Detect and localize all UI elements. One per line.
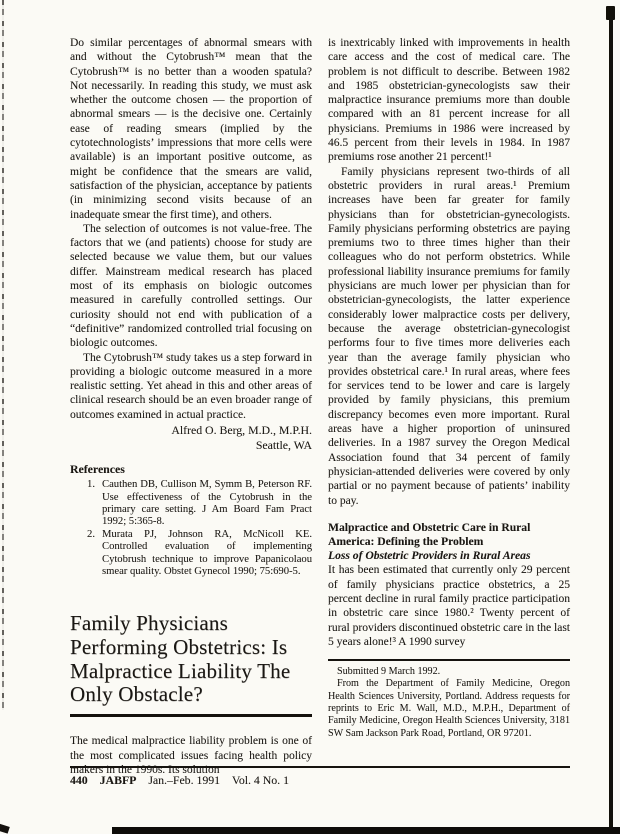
body-paragraph: It has been estimated that currently onl… [328,563,570,649]
reference-item: 1. Cauthen DB, Cullison M, Symm B, Peter… [70,479,312,529]
bottom-scan-edge-bar [112,827,620,834]
body-paragraph: Do similar percentages of abnormal smear… [70,36,312,222]
footnote-affiliation: From the Department of Family Medicine, … [328,678,570,739]
author-name: Alfred O. Berg, M.D., M.P.H. [70,423,312,438]
journal-page: Do similar percentages of abnormal smear… [0,0,620,834]
footer-issue-date: Jan.–Feb. 1991 [148,773,220,787]
body-paragraph: The Cytobrush™ study takes us a step for… [70,351,312,422]
reference-item: 2. Murata PJ, Johnson RA, McNicoll KE. C… [70,529,312,579]
right-column: is inextricably linked with improvements… [328,36,570,740]
section-heading: Malpractice and Obstetric Care in Rural … [328,521,570,549]
references-list: 1. Cauthen DB, Cullison M, Symm B, Peter… [70,479,312,578]
right-page-edge-mark [606,6,615,20]
bottom-left-scan-mark [0,823,10,833]
body-paragraph: The selection of outcomes is not value-f… [70,222,312,351]
footnote-submitted: Submitted 9 March 1992. [328,666,570,678]
reference-text: Murata PJ, Johnson RA, McNicoll KE. Cont… [102,529,312,579]
footnote-block: Submitted 9 March 1992. From the Departm… [328,659,570,740]
right-page-edge-line [609,12,613,834]
article-title: Family Physicians Performing Obstetrics:… [70,612,312,706]
footer-page-number: 440 [70,773,88,787]
body-paragraph: Family physicians represent two-thirds o… [328,165,570,508]
left-column: Do similar percentages of abnormal smear… [70,36,312,777]
reference-text: Cauthen DB, Cullison M, Symm B, Peterson… [102,479,312,529]
references-heading: References [70,462,312,477]
title-rule [70,714,312,718]
body-paragraph: is inextricably linked with improvements… [328,36,570,165]
author-signature: Alfred O. Berg, M.D., M.P.H. Seattle, WA [70,423,312,452]
footer-volume-number: Vol. 4 No. 1 [232,773,289,787]
reference-number: 2. [83,529,95,579]
left-binding-scan-artifact [2,0,4,710]
page-footer: 440 JABFP Jan.–Feb. 1991 Vol. 4 No. 1 [70,766,570,788]
footer-journal-abbrev: JABFP [100,773,137,787]
subsection-heading: Loss of Obstetric Providers in Rural Are… [328,549,570,563]
author-location: Seattle, WA [70,438,312,453]
reference-number: 1. [83,479,95,529]
